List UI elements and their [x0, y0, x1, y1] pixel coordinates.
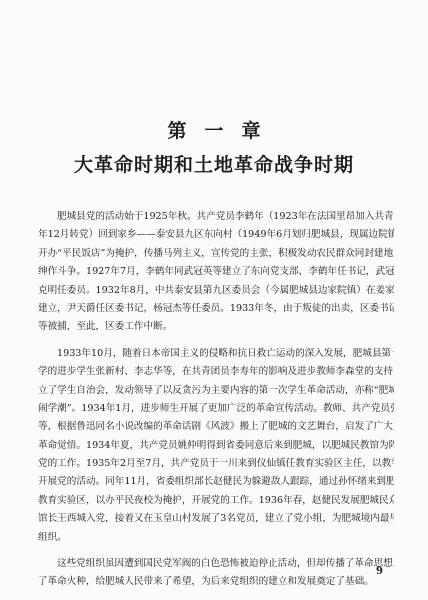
paragraph-gap: [38, 547, 394, 555]
book-page: 第一章 大革命时期和土地革命战争时期 肥城县党的活动始于1925年秋。共产党员李…: [0, 0, 428, 600]
text-line: 学的进步学生张新村、李志华等，在共青团员李寿年的影响及进步教师李森堂的支持下，建: [38, 363, 394, 381]
paragraph-1: 肥城县党的活动始于1925年秋。共产党员李鹤年（1923年在法国里昂加入共青团，…: [38, 208, 394, 337]
text-line: 克明任委员。1932年8月，中共泰安县第九区委员会（今属肥城县边家院镇）在姜家堂…: [38, 282, 394, 300]
paragraph-gap: [38, 337, 394, 345]
body-text: 肥城县党的活动始于1925年秋。共产党员李鹤年（1923年在法国里昂加入共青团，…: [38, 208, 394, 592]
chapter-number: 第一章: [0, 116, 428, 143]
text-line: 这些党组织虽因遭到国民党军阀的白色恐怖被迫停止活动，但却传播了革命思想，播下: [38, 555, 394, 573]
text-line: 立了学生自治会，发动领导了以反贪污为主要内容的第一次学生革命活动，亦称“肥城一小: [38, 382, 394, 400]
text-line: 等被捕，至此，区委工作中断。: [38, 318, 394, 336]
text-line: 革命觉悟。1934年夏，共产党员姚仲明得到省委同意后来到肥城，以肥城民教馆为阵地…: [38, 437, 394, 455]
text-line: 闹学潮”。1934年1月，进步师生开展了更加广泛的革命宣传活动。教师、共产党员张…: [38, 400, 394, 418]
text-line: 开展党的活动。同年11月，省委组织部长赵健民为躲避敌人跟踪，通过孙怀绪来到肥城民…: [38, 473, 394, 491]
text-line: 1933年10月，随着日本帝国主义的侵略和抗日救亡运动的深入发展，肥城县第一高级…: [38, 345, 394, 363]
text-line: 绅作斗争。1927年7月，李鹤年同武冠英等建立了东向党支部，李鹤年任书记，武冠英…: [38, 263, 394, 281]
page-number: 9: [376, 566, 383, 577]
paragraph-2: 1933年10月，随着日本帝国主义的侵略和抗日救亡运动的深入发展，肥城县第一高级…: [38, 345, 394, 547]
text-line: 党的工作。1935年2月至7月，共产党员于一川来到仪仙镇任教育实验区主任，以教学…: [38, 455, 394, 473]
text-line: 肥城县党的活动始于1925年秋。共产党员李鹤年（1923年在法国里昂加入共青团，…: [38, 208, 394, 226]
text-line: 开办“平民饭店”为掩护，传播马列主义，宣传党的主张，积极发动农民群众同封建地主豪: [38, 245, 394, 263]
text-line: 建立，尹天爵任区委书记，杨冠杰等任委员。1933年冬，由于叛徒的出卖，区委书记尹…: [38, 300, 394, 318]
text-line: 教育实验区，以办平民夜校为掩护，开展党的工作。1936年春，赵健民发展肥城民众教…: [38, 492, 394, 510]
text-line: 组织。: [38, 529, 394, 547]
text-line: 年12月转党）回到家乡——泰安县九区东向村（1949年6月划归肥城县，现属边院镇…: [38, 226, 394, 244]
chapter-title: 大革命时期和土地革命战争时期: [0, 150, 428, 177]
text-line: 馆长王西城入党，接着又在玉皇山村发展了3名党员，建立了党小组，为肥城境内最早的党: [38, 510, 394, 528]
paragraph-3: 这些党组织虽因遭到国民党军阀的白色恐怖被迫停止活动，但却传播了革命思想，播下 了…: [38, 555, 394, 592]
text-line: 了革命火种，给肥城人民带来了希望，为后来党组织的建立和发展奠定了基础。: [38, 573, 394, 591]
text-line: 等，根据鲁迅同名小说改编的革命话剧《风波》搬上了肥城的文艺舞台，启发了广大人民的: [38, 418, 394, 436]
